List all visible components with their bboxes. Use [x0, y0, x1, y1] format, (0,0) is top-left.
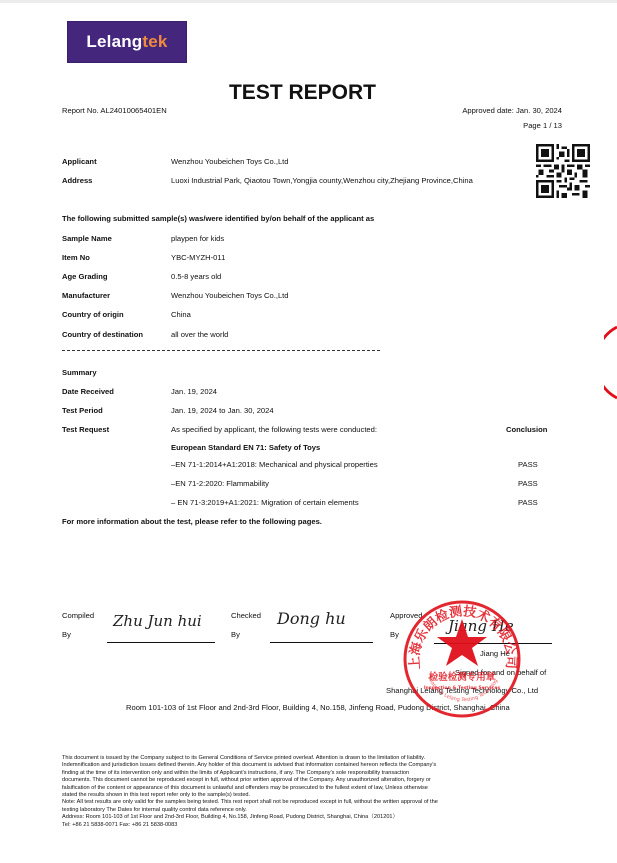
disclaimer-line: documents. This document cannot be repro… [62, 777, 562, 784]
country-destination-label: Country of destination [62, 330, 143, 339]
partial-seal-stamp [604, 325, 617, 400]
test-period-value: Jan. 19, 2024 to Jan. 30, 2024 [171, 406, 274, 415]
item-no-label: Item No [62, 253, 90, 262]
test-request-label: Test Request [62, 425, 109, 434]
address-value: Luoxi Industrial Park, Qiaotou Town,Yong… [171, 176, 473, 185]
disclaimer-block: This document is issued by the Company s… [62, 755, 562, 829]
sample-intro: The following submitted sample(s) was/we… [62, 214, 374, 223]
section-divider [62, 350, 380, 351]
disclaimer-line: falsification of the content or appearan… [62, 785, 562, 792]
report-number: Report No. AL24010065401EN [62, 106, 167, 115]
qr-code-icon [536, 144, 590, 198]
compiled-signature: Zhu Jun hui [113, 612, 202, 630]
more-info-note: For more information about the test, ple… [62, 517, 322, 526]
applicant-label: Applicant [62, 157, 97, 166]
disclaimer-line: finding at the time of its intervention … [62, 770, 562, 777]
test-item-en71-3: – EN 71-3:2019+A1:2021: Migration of cer… [171, 498, 359, 507]
date-received-value: Jan. 19, 2024 [171, 387, 217, 396]
age-grading-value: 0.5-8 years old [171, 272, 221, 281]
approved-date: Approved date: Jan. 30, 2024 [462, 106, 562, 115]
disclaimer-line: stated the results shown in this test re… [62, 792, 562, 799]
logo-text-tek: tek [142, 32, 167, 52]
test-result-en71-3: PASS [518, 498, 538, 507]
footer-contact: Tel: +86 21 5838-0071 Fax: +86 21 5838-0… [62, 822, 562, 829]
disclaimer-note: Note: All test results are only valid fo… [62, 799, 562, 806]
date-received-label: Date Received [62, 387, 114, 396]
conclusion-header: Conclusion [506, 425, 547, 434]
address-label: Address [62, 176, 92, 185]
checked-label: Checked [231, 611, 261, 620]
page-title: TEST REPORT [0, 81, 605, 105]
disclaimer-line: Indemnification and jurisdiction issues … [62, 762, 562, 769]
checked-by-label: By [231, 630, 240, 639]
age-grading-label: Age Grading [62, 272, 108, 281]
compiled-signature-line [107, 642, 215, 643]
country-origin-value: China [171, 310, 191, 319]
checked-signature: Dong hu [277, 609, 346, 628]
checked-signature-line [270, 642, 373, 643]
page-number: Page 1 / 13 [523, 121, 562, 130]
test-item-en71-2: –EN 71-2:2020: Flammability [171, 479, 269, 488]
standard-title: European Standard EN 71: Safety of Toys [171, 443, 320, 452]
sample-name-label: Sample Name [62, 234, 112, 243]
country-destination-value: all over the world [171, 330, 228, 339]
item-no-value: YBC-MYZH-011 [171, 253, 225, 262]
test-period-label: Test Period [62, 406, 103, 415]
page-top-edge [0, 0, 617, 3]
stamp-chinese-center: 检验检测专用章 [429, 671, 496, 683]
lelangtek-logo: Lelangtek [67, 21, 187, 63]
test-result-en71-2: PASS [518, 479, 538, 488]
manufacturer-label: Manufacturer [62, 291, 110, 300]
compiled-by-label: By [62, 630, 71, 639]
country-origin-label: Country of origin [62, 310, 124, 319]
manufacturer-value: Wenzhou Youbeichen Toys Co.,Ltd [171, 291, 289, 300]
summary-heading: Summary [62, 368, 97, 377]
footer-address: Address: Room 101-103 of 1st Floor and 2… [62, 814, 562, 821]
applicant-value: Wenzhou Youbeichen Toys Co.,Ltd [171, 157, 289, 166]
test-result-en71-1: PASS [518, 460, 538, 469]
test-item-en71-1: –EN 71-1:2014+A1:2018: Mechanical and ph… [171, 460, 378, 469]
test-request-value: As specified by applicant, the following… [171, 425, 377, 434]
logo-text-lelang: Lelang [86, 32, 142, 52]
sample-name-value: playpen for kids [171, 234, 224, 243]
disclaimer-line: This document is issued by the Company s… [62, 755, 562, 762]
company-seal-stamp: 上海乐朗检测技术有限公司 检验检测专用章 Inspection & Testin… [398, 597, 526, 719]
compiled-label: Compiled [62, 611, 94, 620]
